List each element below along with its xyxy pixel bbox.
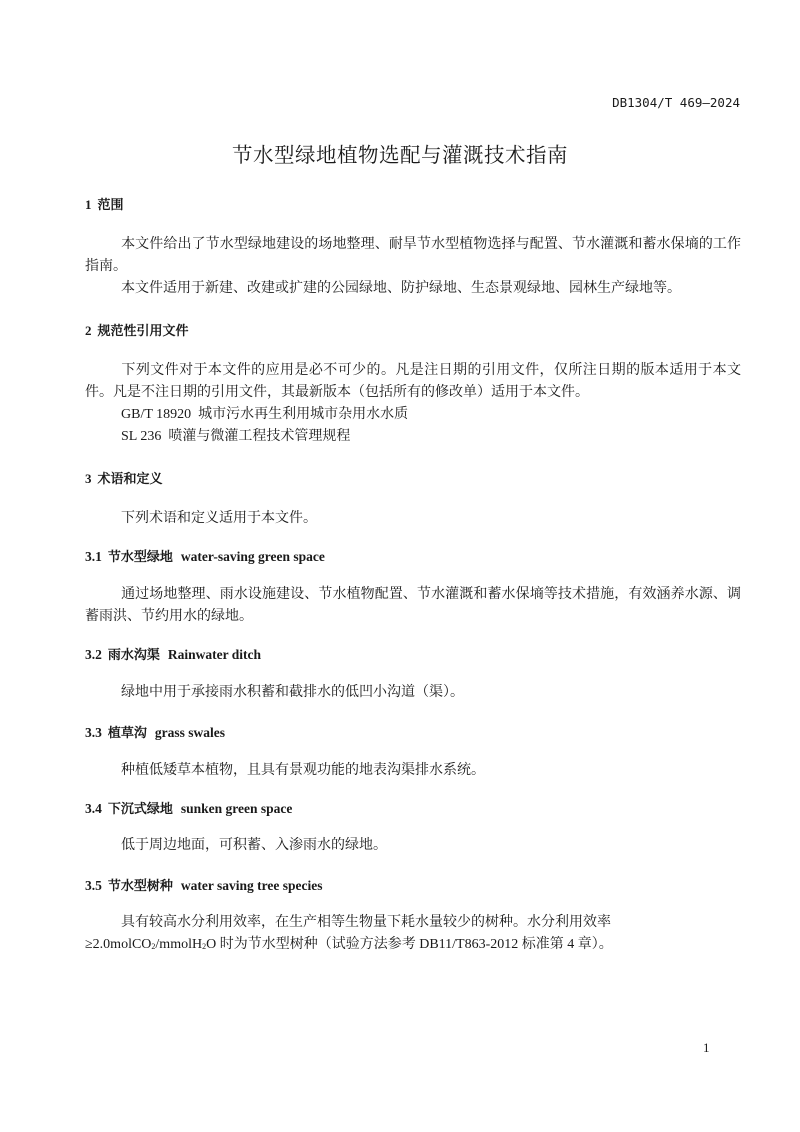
section-title: 规范性引用文件 [98,324,189,339]
term-definition: 通过场地整理、雨水设施建设、节水植物配置、节水灌溉和蓄水保墒等技术措施，有效涵养… [85,584,741,628]
reference-name: 城市污水再生利用城市杂用水水质 [198,407,408,422]
paragraph: 下列术语和定义适用于本文件。 [85,508,741,530]
document-title: 节水型绿地植物选配与灌溉技术指南 [0,138,800,168]
section-heading-1: 1范围 [85,194,124,213]
term-heading: 3.1节水型绿地water-saving green space [85,546,325,565]
term-definition: 具有较高水分利用效率，在生产相等生物量下耗水量较少的树种。水分利用效率 ≥2.0… [85,912,741,958]
term-heading: 3.5节水型树种water saving tree species [85,875,322,894]
section-number: 2 [85,323,92,338]
section-heading-3: 3术语和定义 [85,468,163,487]
term-definition: 绿地中用于承接雨水积蓄和截排水的低凹小沟道（渠）。 [85,682,741,704]
reference-code: SL 236 [121,429,161,444]
section-title: 范围 [98,198,124,213]
section-number: 1 [85,197,92,212]
paragraph: 本文件给出了节水型绿地建设的场地整理、耐旱节水型植物选择与配置、节水灌溉和蓄水保… [85,234,741,278]
term-definition: 种植低矮草本植物，且具有景观功能的地表沟渠排水系统。 [85,760,741,782]
reference-item: GB/T 18920 城市污水再生利用城市杂用水水质 [121,404,408,426]
term-definition: 低于周边地面，可积蓄、入渗雨水的绿地。 [85,835,741,857]
section-number: 3 [85,471,92,486]
paragraph: 本文件适用于新建、改建或扩建的公园绿地、防护绿地、生态景观绿地、园林生产绿地等。 [85,278,741,300]
paragraph: 下列文件对于本文件的应用是必不可少的。凡是注日期的引用文件，仅所注日期的版本适用… [85,360,741,404]
term-heading: 3.2雨水沟渠Rainwater ditch [85,644,261,663]
page-number: 1 [703,1040,710,1056]
section-heading-2: 2规范性引用文件 [85,320,189,339]
reference-item: SL 236 喷灌与微灌工程技术管理规程 [121,426,350,448]
term-heading: 3.4下沉式绿地sunken green space [85,798,292,817]
standard-number: DB1304/T 469—2024 [612,95,740,110]
term-heading: 3.3植草沟grass swales [85,722,225,741]
reference-code: GB/T 18920 [121,407,191,422]
reference-name: 喷灌与微灌工程技术管理规程 [168,429,350,444]
section-title: 术语和定义 [98,472,163,487]
